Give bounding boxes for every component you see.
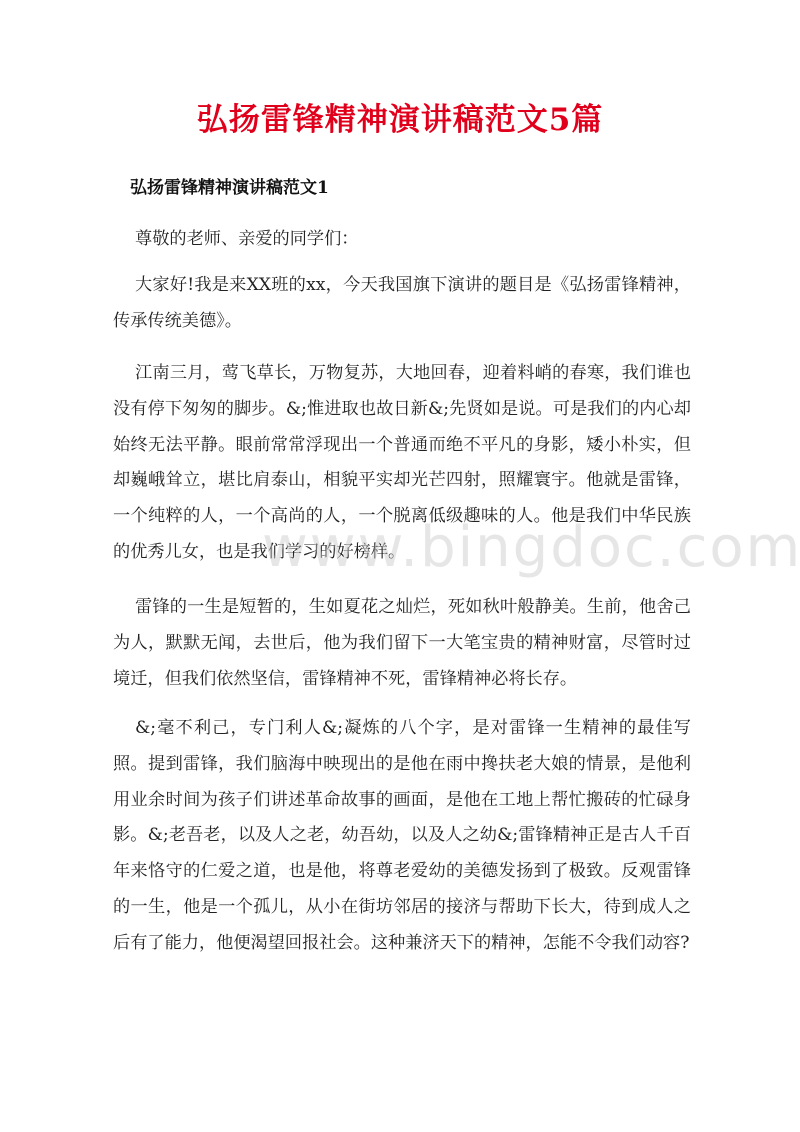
paragraph-intro: 大家好!我是来XX班的xx，今天我国旗下演讲的题目是《弘扬雷锋精神，传承传统美德… [113,268,691,340]
paragraph-greeting: 尊敬的老师、亲爱的同学们： [113,222,691,258]
document-page: 弘扬雷锋精神演讲稿范文5篇 弘扬雷锋精神演讲稿范文1 尊敬的老师、亲爱的同学们：… [0,0,800,1132]
paragraph-body-3: &;毫不利己，专门利人&;凝炼的八个字，是对雷锋一生精神的最佳写照。提到雷锋，我… [113,711,691,962]
document-title: 弘扬雷锋精神演讲稿范文5篇 [0,98,800,142]
paragraph-body-2: 雷锋的一生是短暂的，生如夏花之灿烂，死如秋叶般静美。生前，他舍己为人，默默无闻，… [113,590,691,697]
paragraph-body-1: 江南三月，莺飞草长，万物复苏，大地回春，迎着料峭的春寒，我们谁也没有停下匆匆的脚… [113,356,691,571]
section-heading: 弘扬雷锋精神演讲稿范文1 [130,176,329,200]
